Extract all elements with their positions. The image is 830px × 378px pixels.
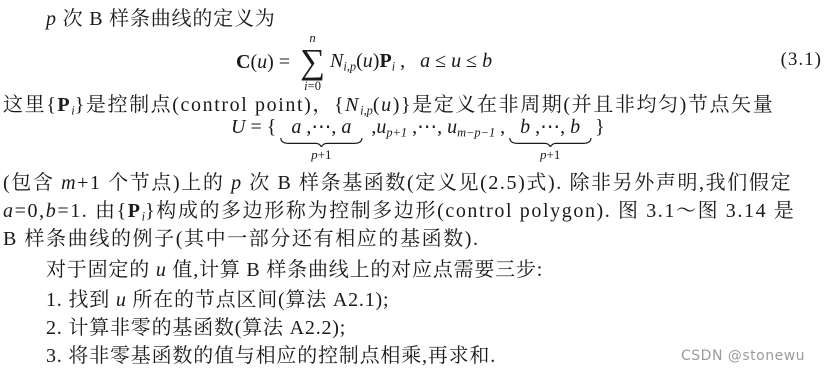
underbrace-icon bbox=[280, 138, 363, 147]
step-item-3: 3. 将非零基函数的值与相应的控制点相乘,再求和. bbox=[46, 343, 496, 369]
knot-equation-middle: ,up+1 ,⋯, um−p−1 , bbox=[366, 114, 505, 145]
equation-number: (3.1) bbox=[781, 49, 822, 71]
step-item-1: 1. 找到 u 所在的节点区间(算法 A2.1); bbox=[46, 287, 389, 313]
summation-lower-limit: i=0 bbox=[304, 79, 321, 93]
equation-lhs: C(u) = bbox=[236, 51, 295, 74]
underbrace-group-a: a ,⋯, a p+1 bbox=[276, 114, 366, 162]
knot-equation-lead: U = { bbox=[231, 114, 276, 140]
knot-equation-tail: } bbox=[595, 114, 605, 140]
equation-rhs: Ni,p(u)Pi , a ≤ u ≤ b bbox=[330, 50, 492, 74]
repeated-b-knots: b ,⋯, b bbox=[520, 114, 580, 140]
document-page: p 次 B 样条曲线的定义为 C(u) = n ∑ i=0 Ni,p(u)Pi … bbox=[0, 0, 830, 378]
paragraph-basis-function-line3: B 样条曲线的例子(其中一部分还有相应的基函数). bbox=[3, 226, 480, 252]
paragraph-basis-function-line2: a=0,b=1. 由{Pi}构成的多边形称为控制多边形(control poly… bbox=[3, 198, 795, 229]
repeated-a-knots: a ,⋯, a bbox=[291, 114, 351, 140]
three-steps-intro: 对于固定的 u 值,计算 B 样条曲线上的对应点需要三步: bbox=[46, 257, 543, 283]
knot-vector-equation: U = { a ,⋯, a p+1 ,up+1 ,⋯, um−p−1 , b ,… bbox=[231, 114, 605, 162]
step-item-2: 2. 计算非零的基函数(算法 A2.2); bbox=[46, 315, 346, 341]
multiplicity-label-a: p+1 bbox=[311, 148, 331, 162]
summation-symbol: n ∑ i=0 bbox=[300, 31, 325, 93]
bspline-curve-equation: C(u) = n ∑ i=0 Ni,p(u)Pi , a ≤ u ≤ b bbox=[236, 31, 492, 93]
multiplicity-label-b: p+1 bbox=[540, 148, 560, 162]
csdn-watermark: CSDN @stonewu bbox=[681, 348, 805, 364]
paragraph-basis-function-line1: (包含 m+1 个节点)上的 p 次 B 样条基函数(定义见(2.5)式). 除… bbox=[3, 170, 792, 196]
underbrace-group-b: b ,⋯, b p+1 bbox=[505, 114, 595, 162]
sigma-glyph: ∑ bbox=[300, 45, 325, 78]
underbrace-icon bbox=[509, 138, 592, 147]
intro-sentence: p 次 B 样条曲线的定义为 bbox=[46, 6, 276, 32]
